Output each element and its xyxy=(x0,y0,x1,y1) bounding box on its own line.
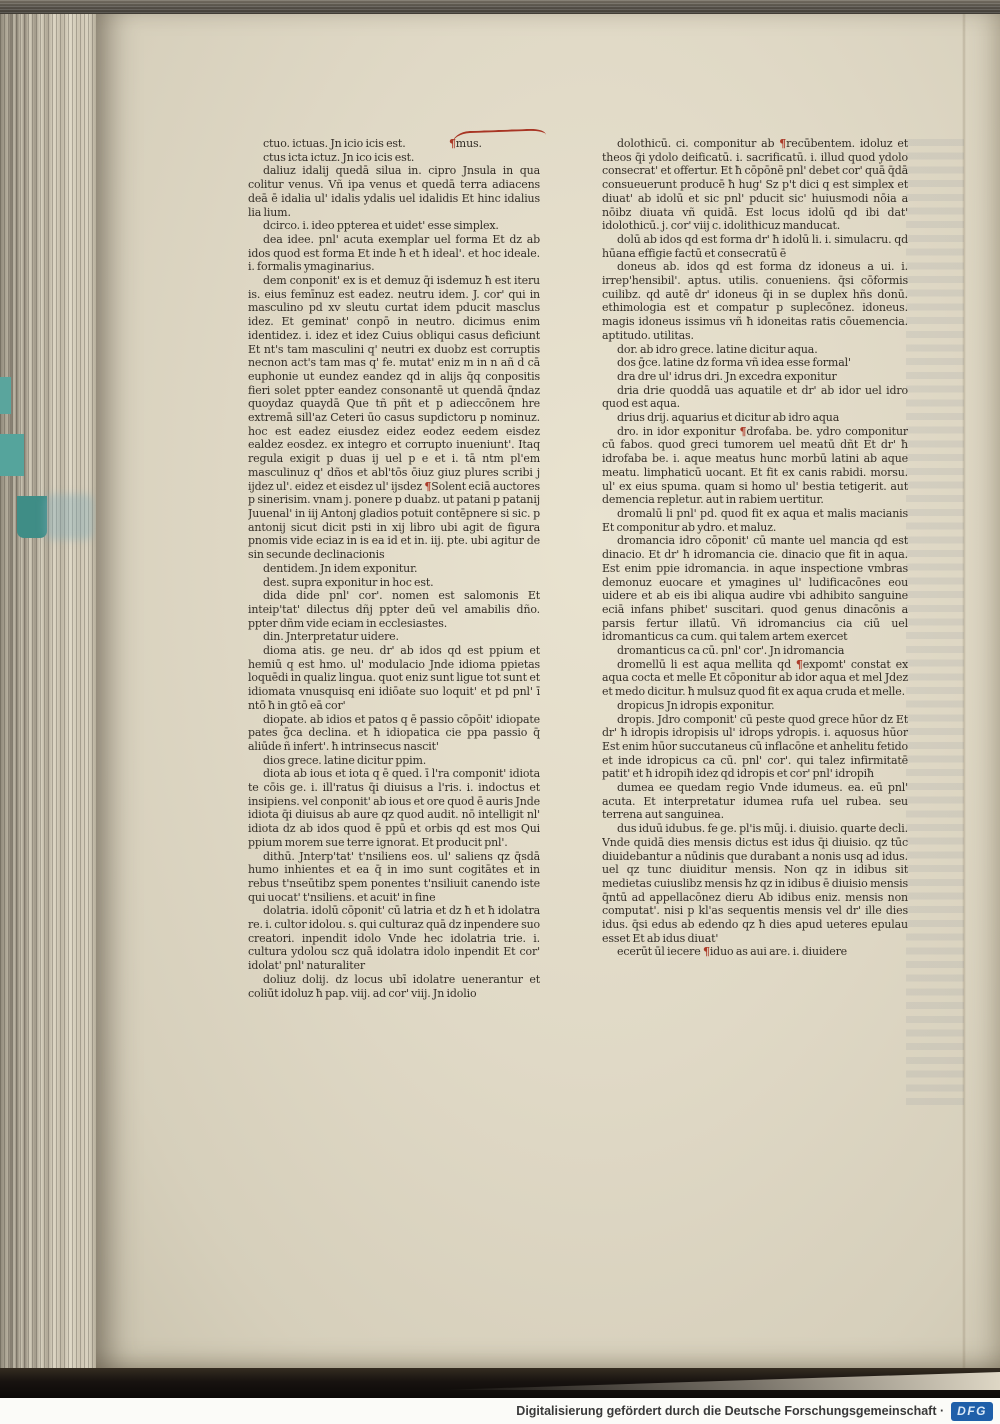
paragraph-mark: ¶ xyxy=(424,480,431,493)
dictionary-entry: Idropis. Jdro componit' cū peste quod gr… xyxy=(602,713,908,782)
banner-text: Digitalisierung gefördert durch die Deut… xyxy=(516,1404,944,1418)
dictionary-entry: Idaliuz idalij quedā silua in. cipro Jns… xyxy=(248,164,540,219)
dictionary-entry: Idrius drij. aquarius et dicitur ab idro… xyxy=(602,411,908,425)
bookmark-tab xyxy=(17,496,47,538)
dictionary-entry: Idromancia idro cōponit' cū mante uel ma… xyxy=(602,534,908,644)
dictionary-entry: Idithū. Jnterp'tat' t'nsiliens eos. ul' … xyxy=(248,850,540,905)
dictionary-entry: Idor. ab idro grece. latine dicitur aqua… xyxy=(602,343,908,357)
dictionary-entry: Ictus icta ictuz. Jn ico icis est. xyxy=(248,151,540,165)
dictionary-entry: Idem conponit' ex is et demuz q̄i isdemu… xyxy=(248,274,540,562)
dictionary-entry: Idromellū li est aqua mellita qd ¶expomt… xyxy=(602,658,908,699)
dictionary-entry: Idro. in idor exponitur ¶drofaba. be. yd… xyxy=(602,425,908,507)
paragraph-mark: ¶ xyxy=(740,425,747,438)
dictionary-entry: Idria drie quoddā uas aquatile et dr' ab… xyxy=(602,384,908,411)
dictionary-entry: Idumea ee quedam regio Vnde idumeus. ea.… xyxy=(602,781,908,822)
paragraph-mark: ¶ xyxy=(449,137,456,150)
dictionary-entry: Idea idee. pnl' acuta exemplar uel forma… xyxy=(248,233,540,274)
dfg-logo: DFG xyxy=(951,1402,993,1421)
book-top-edge xyxy=(0,0,1000,14)
ink-stain xyxy=(44,494,94,540)
dictionary-entry: Idcirco. i. ideo ppterea et uidet' esse … xyxy=(248,219,540,233)
manuscript-scan: Ictuo. ictuas. Jn icio icis est. ¶mus.Ic… xyxy=(0,0,1000,1424)
dictionary-entry: Idromalū li pnl' pd. quod fit ex aqua et… xyxy=(602,507,908,534)
dictionary-entry: Idolū ab idos qd est forma dr' ħ idolū l… xyxy=(602,233,908,260)
dictionary-entry: Idiota ab ious et iota q ē qued. ī l'ra … xyxy=(248,767,540,849)
dfg-banner: Digitalisierung gefördert durch die Deut… xyxy=(0,1398,1000,1424)
paragraph-mark: ¶ xyxy=(703,945,710,958)
bleedthrough-text xyxy=(906,139,964,1107)
dictionary-entry: Idest. supra exponitur in hoc est. xyxy=(248,576,540,590)
dictionary-entry: Ictuo. ictuas. Jn icio icis est. ¶mus. xyxy=(248,137,540,151)
dictionary-entry: Identidem. Jn idem exponitur. xyxy=(248,562,540,576)
text-column-right: Idolothicū. ci. componitur ab ¶recūbente… xyxy=(602,137,908,1115)
dictionary-entry: Idin. Jnterpretatur uidere. xyxy=(248,630,540,644)
text-column-left: Ictuo. ictuas. Jn icio icis est. ¶mus.Ic… xyxy=(248,137,540,1115)
dictionary-entry: Idromanticus ca cū. pnl' cor'. Jn idroma… xyxy=(602,644,908,658)
manuscript-page: Ictuo. ictuas. Jn icio icis est. ¶mus.Ic… xyxy=(96,14,1000,1368)
dictionary-entry: Idioma atis. ge neu. dr' ab idos qd est … xyxy=(248,644,540,713)
paragraph-mark: ¶ xyxy=(796,658,803,671)
dictionary-entry: Iecerūt ūl iecere ¶iduo as aui are. i. d… xyxy=(602,945,908,959)
dictionary-entry: Idida dide pnl' cor'. nomen est salomoni… xyxy=(248,589,540,630)
dictionary-entry: Idios grece. latine dicitur ppim. xyxy=(248,754,540,768)
paragraph-mark: ¶ xyxy=(779,137,786,150)
dictionary-entry: Idus iduū idubus. fe ge. pl'is mūj. i. d… xyxy=(602,822,908,945)
dictionary-entry: Idolatria. idolū cōponit' cū latria et d… xyxy=(248,904,540,973)
dictionary-entry: Idos ḡce. latine dz forma vñ idea esse f… xyxy=(602,356,908,370)
page-stack-edge xyxy=(0,10,96,1368)
bookmark-tab xyxy=(0,377,11,414)
dictionary-entry: Idiopate. ab idios et patos q ē passio c… xyxy=(248,713,540,754)
dictionary-entry: Idoneus ab. idos qd est forma dz idoneus… xyxy=(602,260,908,342)
dictionary-entry: Idra dre ul' idrus dri. Jn excedra expon… xyxy=(602,370,908,384)
bookmark-tab xyxy=(0,434,24,476)
dictionary-entry: Idoliuz dolij. dz locus ubī idolatre uen… xyxy=(248,973,540,1000)
dictionary-entry: Idropicus Jn idropis exponitur. xyxy=(602,699,908,713)
dictionary-entry: Idolothicū. ci. componitur ab ¶recūbente… xyxy=(602,137,908,233)
